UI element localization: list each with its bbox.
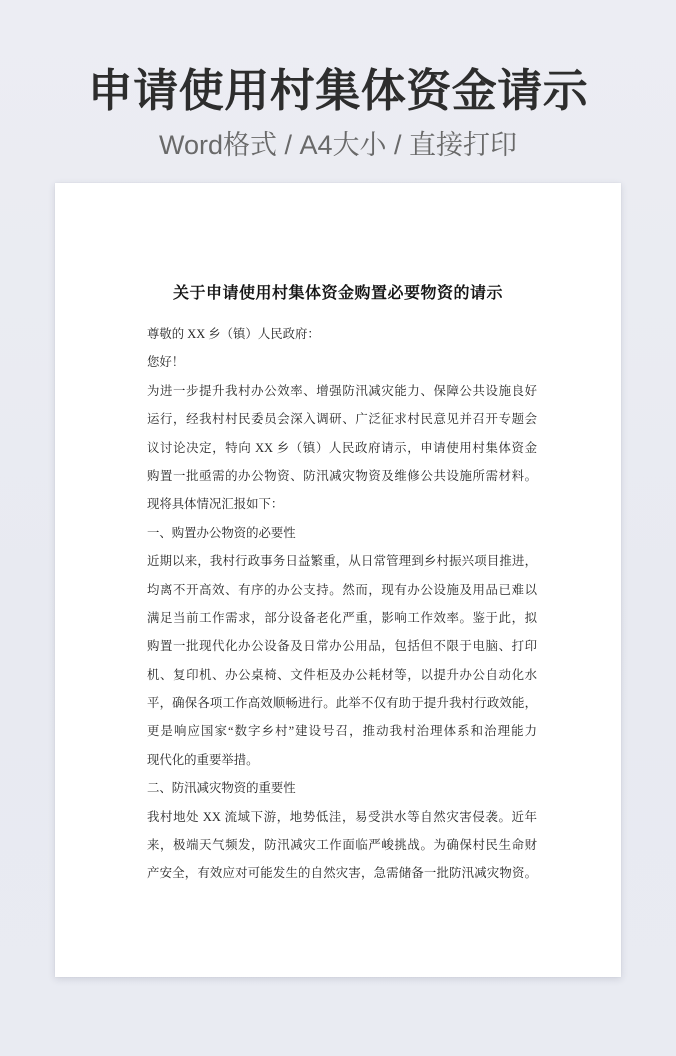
doc-line: 近期以来，我村行政事务日益繁重，从日常管理到乡村振兴项目推进，	[147, 547, 537, 575]
doc-line: 机、复印机、办公桌椅、文件柜及办公耗材等，以提升办公自动化水	[147, 661, 537, 689]
doc-line: 现将具体情况汇报如下：	[147, 490, 537, 518]
document-page-preview: 关于申请使用村集体资金购置必要物资的请示 尊敬的 XX 乡（镇）人民政府： 您好…	[55, 183, 621, 977]
doc-line: 购置一批亟需的办公物资、防汛减灾物资及维修公共设施所需材料。	[147, 462, 537, 490]
page-subtitle: Word格式 / A4大小 / 直接打印	[0, 129, 676, 161]
doc-line: 运行，经我村村民委员会深入调研、广泛征求村民意见并召开专题会	[147, 405, 537, 433]
doc-line: 我村地处 XX 流域下游，地势低洼，易受洪水等自然灾害侵袭。近年	[147, 803, 537, 831]
doc-line: 现代化的重要举措。	[147, 746, 537, 774]
doc-line: 更是响应国家“数字乡村”建设号召，推动我村治理体系和治理能力	[147, 717, 537, 745]
doc-line: 为进一步提升我村办公效率、增强防汛减灾能力、保障公共设施良好	[147, 377, 537, 405]
doc-line: 平，确保各项工作高效顺畅进行。此举不仅有助于提升我村行政效能，	[147, 689, 537, 717]
doc-line: 来，极端天气频发，防汛减灾工作面临严峻挑战。为确保村民生命财	[147, 831, 537, 859]
doc-line-greeting: 您好！	[147, 348, 537, 376]
document-body: 尊敬的 XX 乡（镇）人民政府： 您好！ 为进一步提升我村办公效率、增强防汛减灾…	[147, 320, 537, 888]
doc-line: 产安全，有效应对可能发生的自然灾害，急需储备一批防汛减灾物资。	[147, 859, 537, 887]
doc-line: 满足当前工作需求，部分设备老化严重，影响工作效率。鉴于此，拟	[147, 604, 537, 632]
doc-section-heading-1: 一、购置办公物资的必要性	[147, 519, 537, 547]
doc-section-heading-2: 二、防汛减灾物资的重要性	[147, 774, 537, 802]
hero-header: 申请使用村集体资金请示 Word格式 / A4大小 / 直接打印	[0, 0, 676, 161]
page-title: 申请使用村集体资金请示	[0, 0, 676, 117]
doc-line: 购置一批现代化办公设备及日常办公用品，包括但不限于电脑、打印	[147, 632, 537, 660]
doc-line: 均离不开高效、有序的办公支持。然而，现有办公设施及用品已难以	[147, 576, 537, 604]
document-title: 关于申请使用村集体资金购置必要物资的请示	[55, 183, 621, 303]
doc-line-salutation: 尊敬的 XX 乡（镇）人民政府：	[147, 320, 537, 348]
doc-line: 议讨论决定，特向 XX 乡（镇）人民政府请示，申请使用村集体资金	[147, 434, 537, 462]
